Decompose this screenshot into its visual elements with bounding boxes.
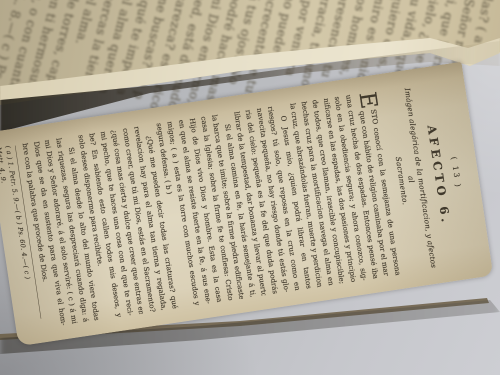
drop-cap: E <box>356 90 381 110</box>
book-photo: das? ( a )¡Señor mio,si, que hermosociel… <box>0 0 500 375</box>
body-lines: E STO conocí con la semejanza de una per… <box>19 91 403 328</box>
